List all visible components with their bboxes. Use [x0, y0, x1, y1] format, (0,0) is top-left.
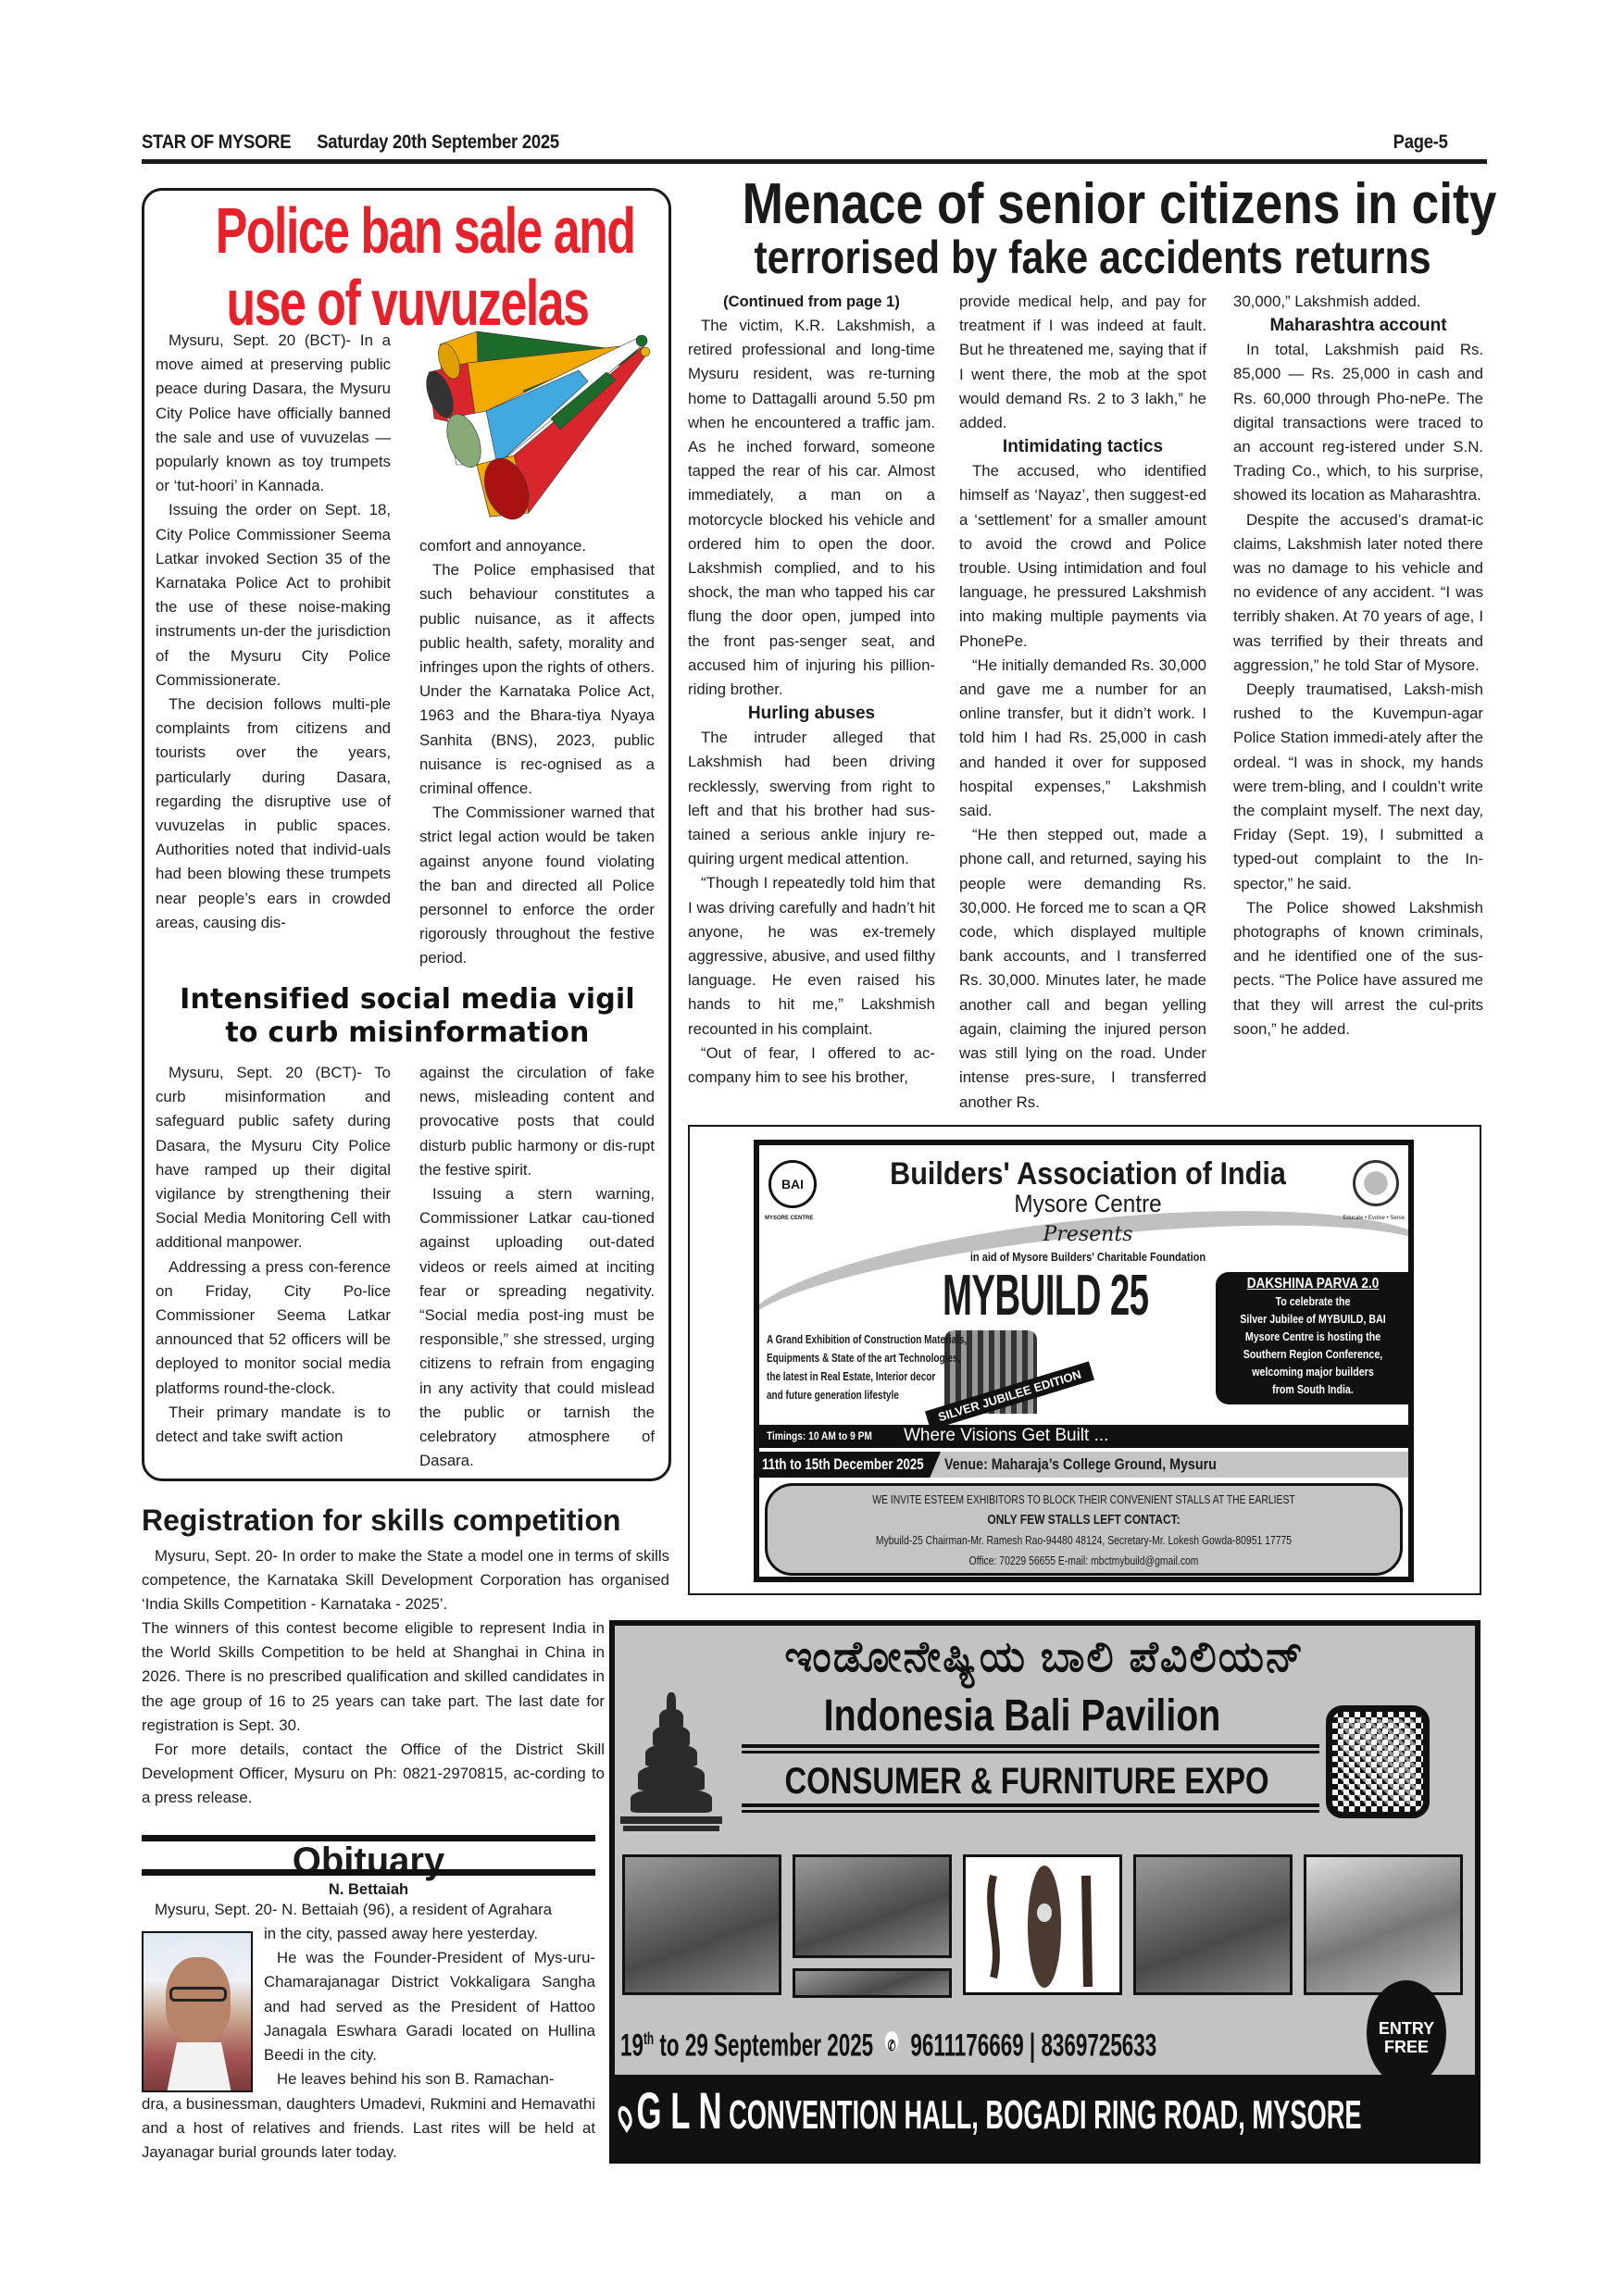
subhead-intimidating-tactics: Intimidating tactics	[959, 435, 1206, 459]
skills-para-1: Mysuru, Sept. 20- In order to make the S…	[142, 1544, 669, 1617]
page-number: Page-5	[1393, 131, 1448, 154]
flowers-photo	[1133, 1854, 1293, 1995]
bai-aid-line: in aid of Mysore Builders' Charitable Fo…	[864, 1250, 1313, 1264]
double-rule	[742, 1803, 1319, 1813]
sofa-photo	[793, 1968, 952, 1998]
kannada-title: ಇಂಡೋನೇಷ್ಯಿಯ ಬಾಲಿ ಪೆವಿಲಿಯನ್	[615, 1631, 1475, 1683]
location-pin-icon	[616, 2102, 635, 2133]
bai-timings-bar: Timings: 10 AM to 9 PM Where Visions Get…	[759, 1425, 1408, 1448]
jewellery-photo	[1304, 1854, 1463, 1995]
bali-title: Indonesia Bali Pavilion	[780, 1691, 1266, 1742]
subhead-maharashtra-account: Maharashtra account	[1233, 314, 1483, 338]
vuvuzela-headline: Police ban sale and use of vuvuzelas	[216, 194, 599, 339]
bai-logo-icon: BAI	[768, 1160, 817, 1208]
social-media-headline: Intensified social media vigil to curb m…	[148, 983, 667, 1050]
obituary-tail: dra, a businessman, daughters Umadevi, R…	[142, 2092, 595, 2165]
issue-date: Saturday 20th September 2025	[317, 131, 559, 154]
vuvuzela-col-1: Mysuru, Sept. 20 (BCT)- In a move aimed …	[156, 329, 391, 935]
phone-icon	[885, 2031, 899, 2052]
dining-set-photo	[793, 1854, 952, 1958]
main-col-3: 30,000,” Lakshmish added. Maharashtra ac…	[1233, 290, 1483, 1042]
main-col-1: (Continued from page 1) The victim, K.R.…	[688, 290, 935, 1090]
obituary-rule-bottom	[142, 1869, 595, 1876]
bai-org-name: Builders' Association of India	[851, 1156, 1326, 1192]
vuvuzela-col-2: comfort and annoyance. The Police emphas…	[419, 534, 655, 971]
bali-dates-phones: 19th to 29 September 2025 9611176669 | 8…	[620, 2020, 1156, 2064]
dakshina-parva-panel: DAKSHINA PARVA 2.0 To celebrate the Silv…	[1216, 1272, 1410, 1404]
qr-code-icon[interactable]	[1326, 1705, 1430, 1818]
obituary-wrap-text: in the city, passed away here yesterday.…	[264, 1922, 595, 2091]
main-headline: Menace of senior citizens in city	[743, 174, 1443, 235]
main-col-2: provide medical help, and pay for treatm…	[959, 290, 1206, 1115]
bai-contact-panel: WE INVITE ESTEEM EXHIBITORS TO BLOCK THE…	[765, 1483, 1403, 1576]
masthead: STAR OF MYSORE Saturday 20th September 2…	[142, 131, 1326, 159]
bali-venue-bar: G L N CONVENTION HALL, BOGADI RING ROAD,…	[615, 2078, 1475, 2151]
mybuild-title: MYBUILD 25	[943, 1267, 1104, 1325]
swing-furniture-photo	[622, 1854, 781, 1995]
main-subheadline: terrorised by fake accidents returns	[743, 231, 1443, 283]
temple-icon	[620, 1692, 722, 1833]
bali-phone-numbers[interactable]: 9611176669 | 8369725633	[910, 2028, 1156, 2063]
vuvuzelas-photo	[421, 326, 657, 541]
bai-centre: Mysore Centre	[851, 1190, 1326, 1217]
entry-free-badge: ENTRY FREE	[1367, 1980, 1446, 2075]
wooden-crafts-photo	[963, 1854, 1122, 1995]
paper-name: STAR OF MYSORE	[142, 131, 291, 154]
skills-headline: Registration for skills competition	[142, 1502, 660, 1539]
double-rule	[742, 1744, 1319, 1753]
bai-presents: Presents	[824, 1223, 1352, 1246]
seal-caption: Educate • Evolve • Serve	[1343, 1216, 1405, 1221]
continued-note: (Continued from page 1)	[688, 290, 935, 314]
bali-pavilion-ad[interactable]: ಇಂಡೋನೇಷ್ಯಿಯ ಬಾಲಿ ಪೆವಿಲಿಯನ್ Indonesia Bal…	[609, 1620, 1480, 2164]
obituary-lead: Mysuru, Sept. 20- N. Bettaiah (96), a re…	[142, 1898, 595, 1922]
subhead-hurling-abuses: Hurling abuses	[688, 702, 935, 726]
expo-title: CONSUMER & FURNITURE EXPO	[776, 1760, 1277, 1803]
seal-icon	[1353, 1160, 1399, 1206]
masthead-rule	[142, 159, 1487, 164]
bai-description: A Grand Exhibition of Construction Mater…	[767, 1330, 922, 1404]
bai-dates-bar: 11th to 15th December 2025 Venue: Mahara…	[759, 1452, 1408, 1478]
social-media-col-2: against the circulation of fake news, mi…	[419, 1061, 655, 1473]
social-media-col-1: Mysuru, Sept. 20 (BCT)- To curb misinfor…	[156, 1061, 391, 1449]
bai-mybuild-ad[interactable]: BAI MYSORE CENTRE Educate • Evolve • Ser…	[754, 1140, 1414, 1582]
obituary-name: N. Bettaiah	[142, 1879, 595, 1900]
bai-logo-caption: MYSORE CENTRE	[765, 1216, 813, 1221]
portrait-photo	[142, 1931, 253, 2092]
skills-body: The winners of this contest become eligi…	[142, 1616, 605, 1811]
